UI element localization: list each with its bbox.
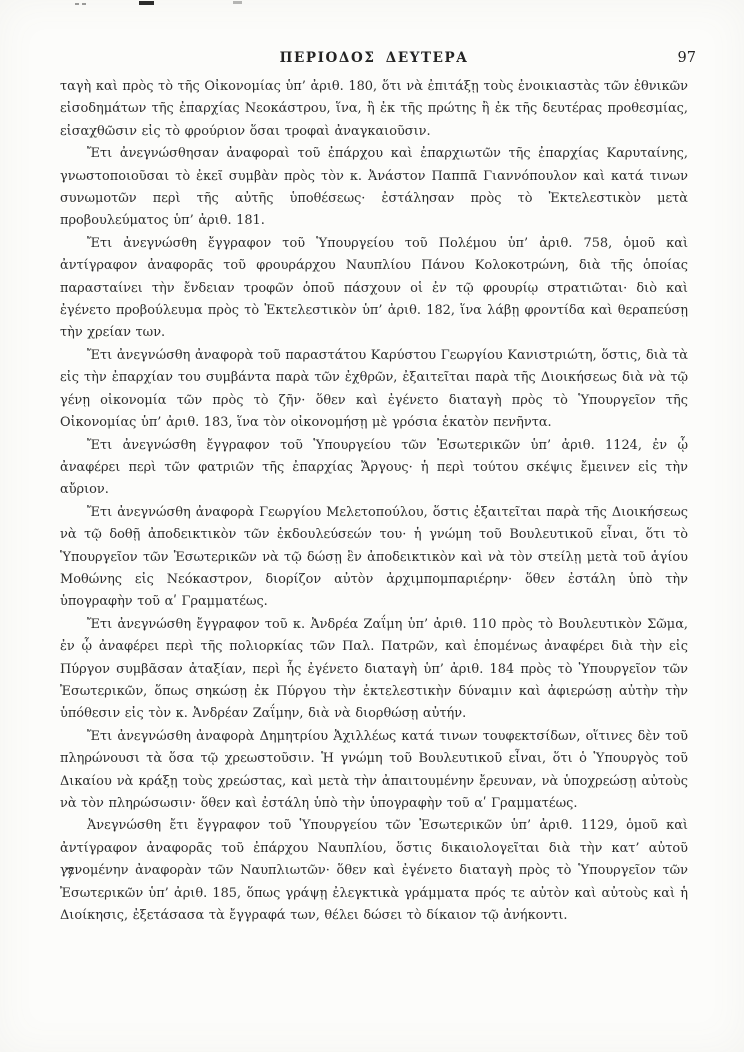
running-title: ΠΕΡΙΟΔΟΣ ΔΕΥΤΕΡΑ bbox=[60, 50, 688, 66]
scan-artifact bbox=[82, 3, 86, 5]
body-text: ταγὴ καὶ πρὸς τὸ τῆς Οἰκονομίας ὑπ’ ἀριθ… bbox=[60, 76, 688, 927]
paragraph-continuation: ταγὴ καὶ πρὸς τὸ τῆς Οἰκονομίας ὑπ’ ἀριθ… bbox=[60, 76, 688, 143]
running-head: ΠΕΡΙΟΔΟΣ ΔΕΥΤΕΡΑ 97 bbox=[60, 50, 688, 70]
scan-artifact bbox=[75, 3, 79, 5]
scanned-book-page: ΠΕΡΙΟΔΟΣ ΔΕΥΤΕΡΑ 97 ταγὴ καὶ πρὸς τὸ τῆς… bbox=[0, 0, 744, 1052]
paragraph: Ἔτι ἀνεγνώσθη ἀναφορὰ Γεωργίου Μελετοπού… bbox=[60, 502, 688, 614]
paragraph: Ἔτι ἀνεγνώσθη ἔγγραφον τοῦ Ὑπουργείου το… bbox=[60, 233, 688, 345]
paragraph: Ἀνεγνώσθη ἔτι ἔγγραφον τοῦ Ὑπουργείου τῶ… bbox=[60, 815, 688, 927]
paragraph: Ἔτι ἀνεγνώσθησαν ἀναφοραὶ τοῦ ἐπάρχου κα… bbox=[60, 143, 688, 233]
gathering-mark: 7 bbox=[66, 866, 75, 882]
paragraph: Ἔτι ἀνεγνώσθη ἔγγραφον τοῦ Ὑπουργείου τῶ… bbox=[60, 435, 688, 502]
paragraph: Ἔτι ἀνεγνώσθη ἀναφορὰ Δημητρίου Ἀχιλλέως… bbox=[60, 726, 688, 816]
paragraph: Ἔτι ἀνεγνώσθη ἀναφορὰ τοῦ παραστάτου Καρ… bbox=[60, 345, 688, 435]
scan-artifact bbox=[233, 1, 242, 4]
scan-artifact bbox=[139, 1, 154, 5]
page-number: 97 bbox=[678, 50, 696, 66]
paragraph: Ἔτι ἀνεγνώσθη ἔγγραφον τοῦ κ. Ἀνδρέα Ζαΐ… bbox=[60, 614, 688, 726]
